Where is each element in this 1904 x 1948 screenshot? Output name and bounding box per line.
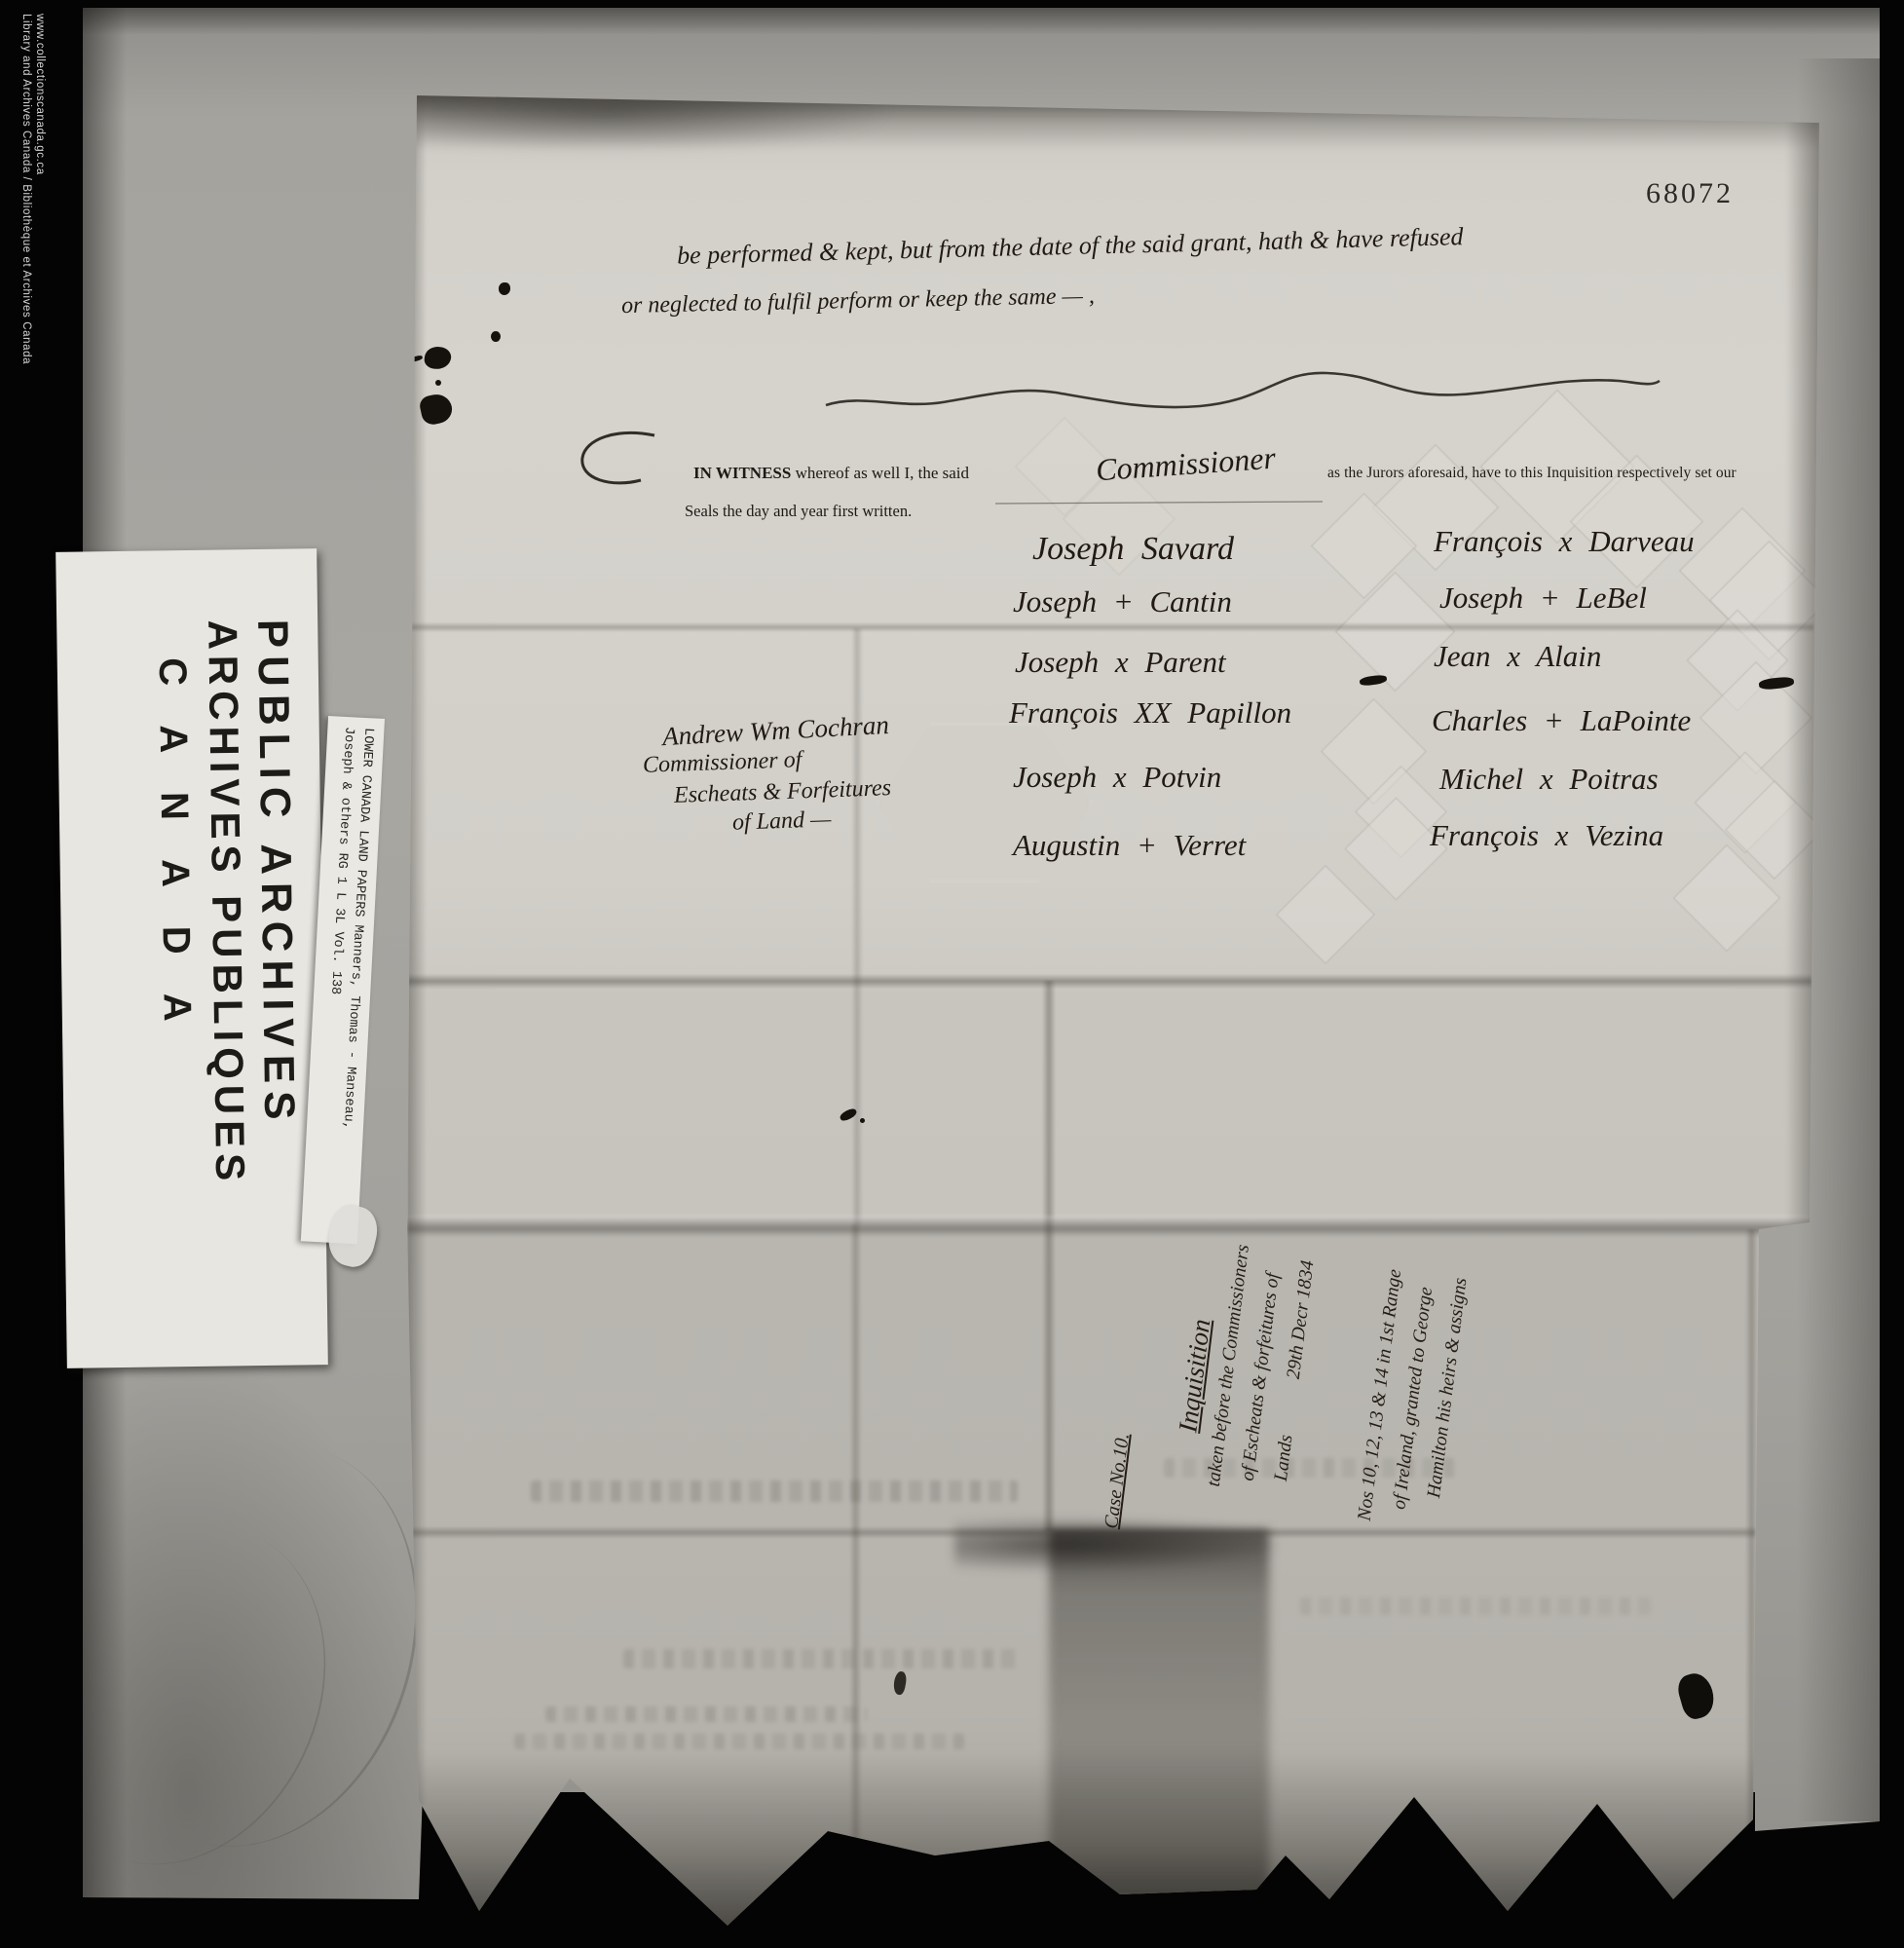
- signature: Joseph x Parent: [1015, 645, 1226, 680]
- commissioner-signature-title3: of Land —: [732, 806, 832, 837]
- signature: Joseph x Potvin: [1013, 760, 1221, 795]
- signature: François x Darveau: [1434, 524, 1695, 559]
- signature: Joseph + Cantin: [1013, 584, 1232, 619]
- signature: Charles + LaPointe: [1432, 703, 1691, 738]
- signature: Michel x Poitras: [1439, 762, 1659, 797]
- public-archives-card-text: PUBLIC ARCHIVES ARCHIVES PUBLIQUES CANAD…: [145, 618, 305, 1187]
- witness-clause-lead: IN WITNESS: [693, 464, 791, 482]
- signature: Joseph + LeBel: [1439, 581, 1647, 616]
- public-archives-line-fr: ARCHIVES PUBLIQUES: [198, 619, 254, 1186]
- witness-clause-lead-rest: whereof as well I, the said: [791, 464, 969, 482]
- signature: François XX Papillon: [1009, 695, 1291, 730]
- signature: Augustin + Verret: [1013, 828, 1246, 863]
- signature: Joseph Savard: [1032, 531, 1234, 568]
- public-archives-line-en: PUBLIC ARCHIVES: [246, 618, 305, 1185]
- microfilm-frame: Library and Archives Canada / Bibliothèq…: [0, 0, 1904, 1948]
- docket-annotation: Inquisition taken before the Commissione…: [1165, 1239, 1478, 1516]
- public-archives-card: PUBLIC ARCHIVES ARCHIVES PUBLIQUES CANAD…: [56, 548, 328, 1368]
- page-reference-number: 68072: [1646, 177, 1734, 210]
- docket-line3: Lands: [1271, 1434, 1297, 1482]
- witness-clause-line2: Seals the day and year first written.: [685, 502, 912, 521]
- witness-clause-line1: IN WITNESS whereof as well I, the said: [693, 464, 969, 483]
- public-archives-line-canada: CANADA: [145, 620, 205, 1187]
- signature: François x Vezina: [1430, 818, 1663, 853]
- witness-clause-tail: as the Jurors aforesaid, have to this In…: [1327, 465, 1736, 482]
- commissioner-signature-title1: Commissioner of: [643, 747, 803, 779]
- signature: Jean x Alain: [1434, 639, 1601, 674]
